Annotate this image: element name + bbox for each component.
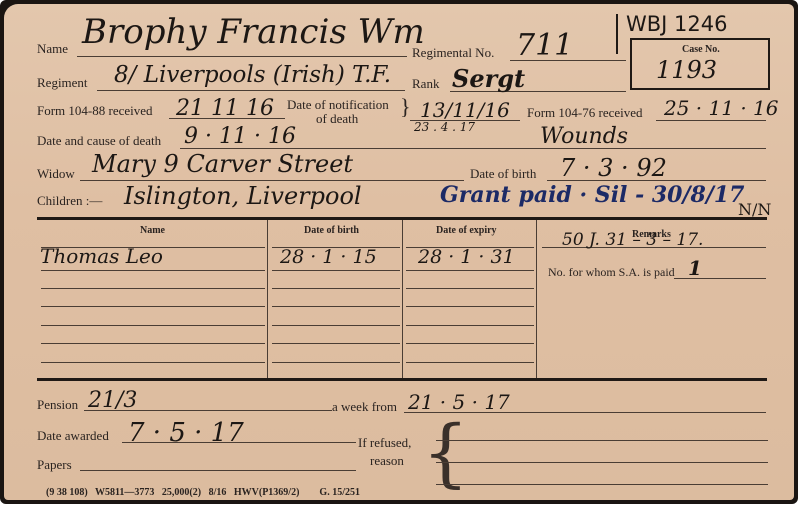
children-note: Grant paid · Sil - 30/8/17	[440, 182, 744, 208]
table-bottom-rule	[37, 378, 767, 381]
form-104-76-line	[656, 120, 766, 121]
table-row-line	[272, 343, 400, 344]
form-104-76-value: 25 · 11 · 16	[664, 96, 779, 120]
if-refused-label-1: If refused,	[358, 436, 411, 450]
regiment-label: Regiment	[37, 76, 88, 90]
notification-value: 13/11/16	[420, 98, 510, 122]
table-row-line	[406, 325, 534, 326]
case-number-box: Case No. 1193	[630, 38, 770, 90]
notification-brace: }	[400, 100, 411, 114]
refused-line-2	[436, 462, 768, 463]
table-row-line	[41, 288, 265, 289]
table-row-line	[272, 306, 400, 307]
table-row-line	[406, 288, 534, 289]
footer-print-code: (9 38 108) W5811—3773 25,000(2) 8/16 HWV…	[46, 486, 360, 500]
case-no-value: 1193	[656, 56, 717, 84]
form-104-76-label: Form 104-76 received	[527, 106, 643, 120]
papers-label: Papers	[37, 458, 72, 472]
date-awarded-label: Date awarded	[37, 429, 109, 443]
form-104-88-value: 21 11 16	[176, 96, 274, 121]
table-divider-2	[402, 220, 403, 378]
table-row-line	[406, 306, 534, 307]
pension-value: 21/3	[88, 388, 137, 413]
name-value: Brophy Francis Wm	[82, 12, 425, 52]
regimental-no-value: 711	[516, 28, 573, 63]
child-dob-value: 28 · 1 · 15	[280, 246, 377, 268]
form-104-88-label: Form 104-88 received	[37, 104, 153, 118]
widow-dob-label: Date of birth	[470, 167, 536, 181]
date-awarded-value: 7 · 5 · 17	[128, 418, 244, 448]
remarks-value: 50 J. 31 – 3 – 17.	[562, 230, 703, 250]
regiment-value: 8/ Liverpools (Irish) T.F.	[114, 62, 391, 88]
refused-brace: {	[422, 416, 469, 490]
rank-value: Sergt	[452, 64, 525, 93]
name-line	[77, 56, 407, 57]
table-row-line	[41, 325, 265, 326]
table-divider-3	[536, 220, 537, 378]
death-label: Date and cause of death	[37, 134, 161, 148]
table-row-line	[272, 288, 400, 289]
death-date-value: 9 · 11 · 16	[184, 124, 296, 149]
regiment-line	[97, 90, 405, 91]
table-header-dob: Date of birth	[304, 224, 359, 238]
card-frame: WBJ 1246 Case No. 1193 Name Brophy Franc…	[0, 0, 798, 504]
pension-record-card: WBJ 1246 Case No. 1193 Name Brophy Franc…	[4, 4, 794, 500]
refused-line-3	[436, 484, 768, 485]
table-row-line	[406, 270, 534, 271]
widow-value: Mary 9 Carver Street	[92, 150, 353, 178]
widow-line	[80, 180, 464, 181]
child-name-value: Thomas Leo	[40, 244, 163, 268]
table-header-expiry: Date of expiry	[436, 224, 497, 238]
table-row-line	[41, 306, 265, 307]
refused-line-1	[436, 440, 768, 441]
table-row-line	[272, 270, 400, 271]
table-row-line	[406, 343, 534, 344]
death-cause-value: Wounds	[540, 124, 628, 149]
widow-label: Widow	[37, 167, 75, 181]
if-refused-label-2: reason	[370, 454, 404, 468]
table-row-line	[41, 343, 265, 344]
table-header-name: Name	[140, 224, 165, 238]
children-address: Islington, Liverpool	[124, 182, 362, 210]
table-divider-1	[267, 220, 268, 378]
reference-number: WBJ 1246	[626, 12, 727, 36]
child-expiry-value: 28 · 1 · 31	[418, 246, 515, 268]
notification-label-1: Date of notification	[287, 98, 389, 112]
rank-label: Rank	[412, 77, 439, 91]
children-label: Children :—	[37, 194, 102, 208]
table-row-line	[272, 362, 400, 363]
pension-label: Pension	[37, 398, 78, 412]
sa-paid-label: No. for whom S.A. is paid	[548, 265, 675, 279]
papers-line	[80, 470, 356, 471]
regimental-no-label: Regimental No.	[412, 46, 494, 60]
widow-dob-value: 7 · 3 · 92	[560, 154, 667, 182]
week-from-label: a week from	[332, 400, 397, 414]
sa-paid-value: 1	[688, 256, 702, 280]
case-no-label: Case No.	[682, 43, 720, 57]
table-row-line	[272, 325, 400, 326]
reference-bracket	[616, 14, 618, 54]
notification-sub-value: 23 . 4 . 17	[414, 120, 475, 134]
table-row-line	[41, 362, 265, 363]
table-row-line	[406, 362, 534, 363]
table-row-line	[41, 270, 265, 271]
name-label: Name	[37, 42, 68, 56]
notification-label-2: of death	[316, 112, 358, 126]
